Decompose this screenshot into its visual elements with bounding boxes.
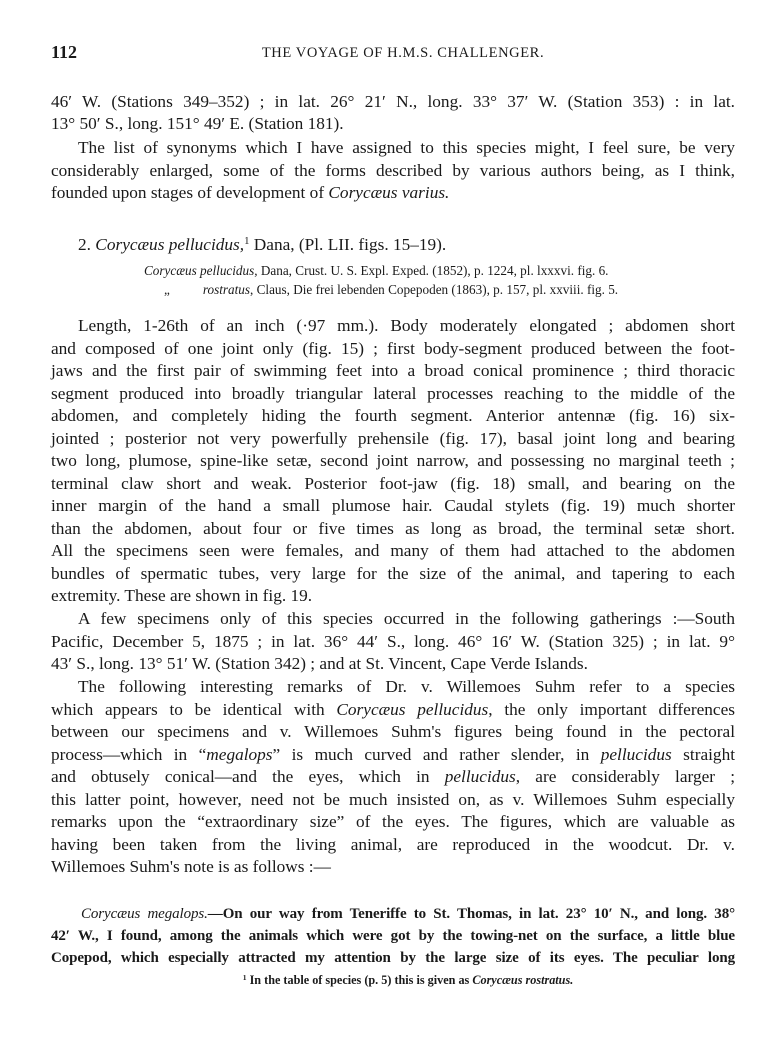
text-line: than the abdomen, about four or five tim… [51, 518, 735, 540]
text-line: abdomen, and completely hiding the fourt… [51, 405, 735, 427]
footnote: 1 In the table of species (p. 5) this is… [0, 973, 776, 988]
species-name: Corycæus pellucidus, [95, 235, 244, 254]
text-line: and composed of one joint only (fig. 15)… [51, 338, 735, 360]
species-name: megalops [206, 745, 272, 764]
text-line: this latter point, however, need not be … [51, 789, 735, 811]
text-line: between our specimens and v. Willemoes S… [51, 721, 735, 743]
text-span: ” is much curved and rather slender, in [273, 745, 601, 764]
species-name: Corycæus megalops. [81, 906, 208, 922]
text-line: Willemoes Suhm's note is as follows :— [51, 856, 735, 878]
quote-line: Corycæus megalops.—On our way from Tener… [51, 903, 735, 925]
species-name: pellucidus [601, 745, 672, 764]
text-line: segment produced into broadly triangular… [51, 383, 735, 405]
running-header: 112 THE VOYAGE OF H.M.S. CHALLENGER. [51, 42, 735, 66]
synonym-name: Corycæus pellucidus [144, 263, 254, 278]
text-line: which appears to be identical with Coryc… [51, 699, 735, 721]
text-line: extremity. These are shown in fig. 19. [51, 585, 735, 607]
species-heading: 2. Corycæus pellucidus,1 Dana, (Pl. LII.… [78, 235, 446, 255]
text-line: and obtusely conical—and the eyes, which… [51, 766, 735, 788]
text-span: process—which in “ [51, 745, 206, 764]
text-span: straight [672, 745, 735, 764]
text-span: and obtusely conical—and the eyes, which… [51, 767, 445, 786]
species-number: 2. [78, 235, 91, 254]
text-line: jointed ; posterior not very powerfully … [51, 428, 735, 450]
text-line: Pacific, December 5, 1875 ; in lat. 36° … [51, 631, 735, 653]
text-line: The list of synonyms which I have assign… [51, 137, 735, 159]
text-span: , the only important differences [488, 700, 735, 719]
text-line: inner margin of the hand a small plumose… [51, 495, 735, 517]
ditto-mark: „ [164, 282, 170, 297]
text-line: having been taken from the living animal… [51, 834, 735, 856]
text-line: remarks upon the “extraordinary size” of… [51, 811, 735, 833]
quote-line: Copepod, which especially attracted my a… [51, 947, 735, 969]
text-span: founded upon stages of development of [51, 183, 328, 202]
text-span: , are considerably larger ; [516, 767, 735, 786]
species-name: pellucidus [445, 767, 516, 786]
document-page: 112 THE VOYAGE OF H.M.S. CHALLENGER. 46′… [0, 0, 776, 1050]
footnote-text: In the table of species (p. 5) this is g… [247, 973, 473, 987]
text-line: considerably enlarged, some of the forms… [51, 160, 735, 182]
text-line: All the specimens seen were females, and… [51, 540, 735, 562]
text-line: terminal claw short and weak. Posterior … [51, 473, 735, 495]
synonym-citation: , Claus, Die frei lebenden Copepoden (18… [250, 282, 618, 297]
text-line: 43′ S., long. 13° 51′ W. (Station 342) ;… [51, 653, 735, 675]
text-line: process—which in “megalops” is much curv… [51, 744, 735, 766]
text-span: —On our way from Teneriffe to St. Thomas… [208, 906, 735, 922]
synonym-line: „rostratus, Claus, Die frei lebenden Cop… [164, 281, 618, 299]
quote-line: 42′ W., I found, among the animals which… [51, 925, 735, 947]
text-line: bundles of spermatic tubes, very large f… [51, 563, 735, 585]
species-authority: Dana, (Pl. LII. figs. 15–19). [249, 235, 446, 254]
species-name: Corycæus pellucidus [336, 700, 488, 719]
text-line: A few specimens only of this species occ… [51, 608, 735, 630]
text-line: The following interesting remarks of Dr.… [51, 676, 735, 698]
synonym-citation: , Dana, Crust. U. S. Expl. Exped. (1852)… [254, 263, 608, 278]
text-line: Length, 1-26th of an inch (·97 mm.). Bod… [51, 315, 735, 337]
synonym-line: Corycæus pellucidus, Dana, Crust. U. S. … [144, 262, 608, 280]
species-name: Corycæus varius. [328, 183, 449, 202]
running-title: THE VOYAGE OF H.M.S. CHALLENGER. [51, 45, 735, 62]
text-line: founded upon stages of development of Co… [51, 182, 735, 204]
species-name: Corycæus rostratus. [472, 973, 573, 987]
text-line: two long, plumose, spine-like setæ, seco… [51, 450, 735, 472]
text-span: which appears to be identical with [51, 700, 336, 719]
synonym-name: rostratus [203, 282, 250, 297]
text-line: 46′ W. (Stations 349–352) ; in lat. 26° … [51, 91, 735, 113]
text-line: 13° 50′ S., long. 151° 49′ E. (Station 1… [51, 113, 735, 135]
text-line: jaws and the first pair of swimming feet… [51, 360, 735, 382]
